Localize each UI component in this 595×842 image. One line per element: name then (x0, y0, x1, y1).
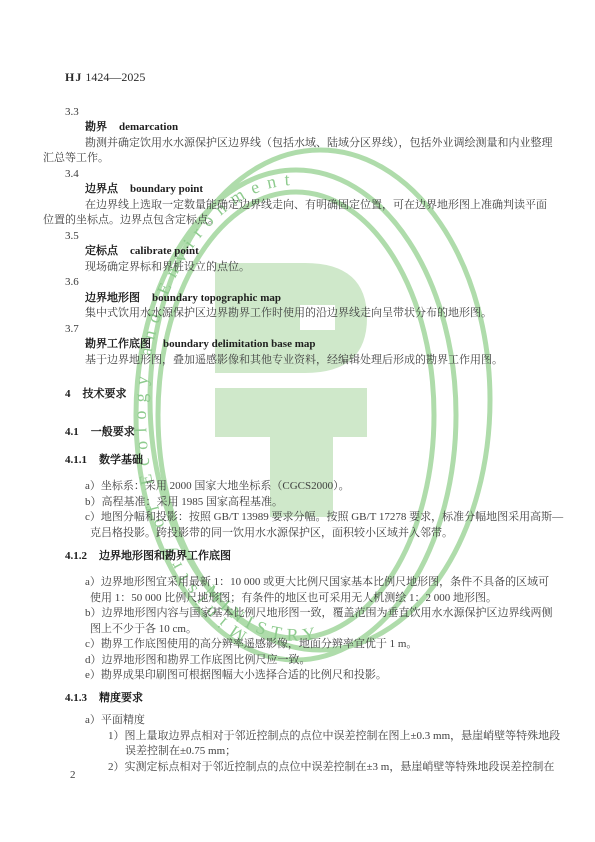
term-zh: 边界地形图 (85, 292, 140, 304)
term-en: calibrate point (130, 245, 199, 257)
section-title: 一般要求 (91, 426, 135, 438)
section-heading-4: 4技术要求 (65, 387, 555, 403)
section-number: 4.1 (65, 426, 79, 438)
term-number: 3.6 (65, 275, 555, 291)
list-item-line: a）平面精度 (85, 713, 555, 729)
list-4-1-2: a）边界地形图宜采用最新 1：10 000 或更大比例尺国家基本比例尺地形图，条… (43, 575, 555, 684)
section-title: 边界地形图和勘界工作底图 (99, 550, 231, 562)
list-item-line: 克吕格投影。跨投影带的同一饮用水水源保护区，面积较小区域并入邻带。 (90, 526, 555, 542)
section-number: 4.1.1 (65, 454, 87, 466)
section-heading-4-1: 4.1一般要求 (65, 425, 555, 441)
list-item-line: e）勘界成果印刷图可根据图幅大小选择合适的比例尺和投影。 (85, 668, 555, 684)
body-line: 现场确定界标和界桩设立的点位。 (85, 260, 555, 276)
term-number: 3.3 (65, 105, 555, 121)
list-4-1-1: a）坐标系：采用 2000 国家大地坐标系（CGCS2000）。 b）高程基准：… (43, 479, 555, 541)
body-line: 基于边界地形图，叠加遥感影像和其他专业资料，经编辑处理后形成的勘界工作用图。 (85, 353, 555, 369)
list-item-line: 误差控制在±0.75 mm； (125, 744, 555, 760)
term-number: 3.4 (65, 167, 555, 183)
list-4-1-3: a）平面精度 1）图上量取边界点相对于邻近控制点的点位中误差控制在图上±0.3 … (43, 713, 555, 775)
list-item-line: d）边界地形图和勘界工作底图比例尺应一致。 (85, 653, 555, 669)
list-item-line: 1）图上量取边界点相对于邻近控制点的点位中误差控制在图上±0.3 mm，悬崖峭壁… (108, 729, 555, 745)
list-item-line: a）坐标系：采用 2000 国家大地坐标系（CGCS2000）。 (85, 479, 555, 495)
term-number: 3.7 (65, 322, 555, 338)
section-heading-4-1-2: 4.1.2边界地形图和勘界工作底图 (65, 549, 555, 565)
term-en: boundary point (130, 183, 203, 195)
term-heading: 边界地形图boundary topographic map (85, 291, 555, 307)
term-zh: 定标点 (85, 245, 118, 257)
term-en: boundary delimitation base map (163, 338, 316, 350)
section-heading-4-1-3: 4.1.3精度要求 (65, 691, 555, 707)
term-heading: 勘界工作底图boundary delimitation base map (85, 337, 555, 353)
term-zh: 边界点 (85, 183, 118, 195)
doc-code-number: 1424—2025 (82, 70, 145, 84)
list-item-line: a）边界地形图宜采用最新 1：10 000 或更大比例尺国家基本比例尺地形图，条… (85, 575, 555, 591)
term-heading: 定标点calibrate point (85, 244, 555, 260)
list-item-line: 2）实测定标点相对于邻近控制点的点位中误差控制在±3 m，悬崖峭壁等特殊地段误差… (108, 760, 555, 776)
term-heading: 边界点boundary point (85, 182, 555, 198)
body-line: 勘测并确定饮用水水源保护区边界线（包括水域、陆域分区界线），包括外业调绘测量和内… (85, 136, 555, 152)
term-heading: 勘界demarcation (85, 120, 555, 136)
list-item-line: c）勘界工作底图使用的高分辨率遥感影像，地面分辨率宜优于 1 m。 (85, 637, 555, 653)
doc-code-prefix: HJ (65, 70, 82, 84)
section-number: 4.1.3 (65, 692, 87, 704)
term-zh: 勘界 (85, 121, 107, 133)
standard-document-page: Ministry of Ecology and Environment MINI… (0, 0, 595, 842)
section-title: 技术要求 (83, 388, 127, 400)
term-en: demarcation (119, 121, 178, 133)
document-code-header: HJ 1424—2025 (65, 70, 555, 84)
list-item-line: 图上不少于各 10 cm。 (90, 622, 555, 638)
section-number: 4.1.2 (65, 550, 87, 562)
page-content: HJ 1424—2025 3.3 勘界demarcation 勘测并确定饮用水水… (0, 0, 595, 842)
body-line: 在边界线上选取一定数量能确定边界线走向、有明确固定位置，可在边界地形图上准确判读… (85, 198, 555, 214)
body-line: 汇总等工作。 (43, 151, 555, 167)
section-title: 数学基础 (99, 454, 143, 466)
term-number: 3.5 (65, 229, 555, 245)
section-title: 精度要求 (99, 692, 143, 704)
section-heading-4-1-1: 4.1.1数学基础 (65, 453, 555, 469)
term-en: boundary topographic map (152, 292, 281, 304)
body-line: 集中式饮用水水源保护区边界勘界工作时使用的沿边界线走向呈带状分布的地形图。 (85, 306, 555, 322)
list-item-line: 使用 1：50 000 比例尺地形图；有条件的地区也可采用无人机测绘 1：2 0… (90, 591, 555, 607)
list-item-line: c）地图分幅和投影：按照 GB/T 13989 要求分幅。按照 GB/T 172… (85, 510, 555, 526)
term-zh: 勘界工作底图 (85, 338, 151, 350)
terms-section: 3.3 勘界demarcation 勘测并确定饮用水水源保护区边界线（包括水域、… (43, 105, 555, 369)
list-item-line: b）边界地形图内容与国家基本比例尺地形图一致，覆盖范围为垂直饮用水水源保护区边界… (85, 606, 555, 622)
body-line: 位置的坐标点。边界点包含定标点。 (43, 213, 555, 229)
list-item-line: b）高程基准：采用 1985 国家高程基准。 (85, 495, 555, 511)
section-number: 4 (65, 388, 71, 400)
